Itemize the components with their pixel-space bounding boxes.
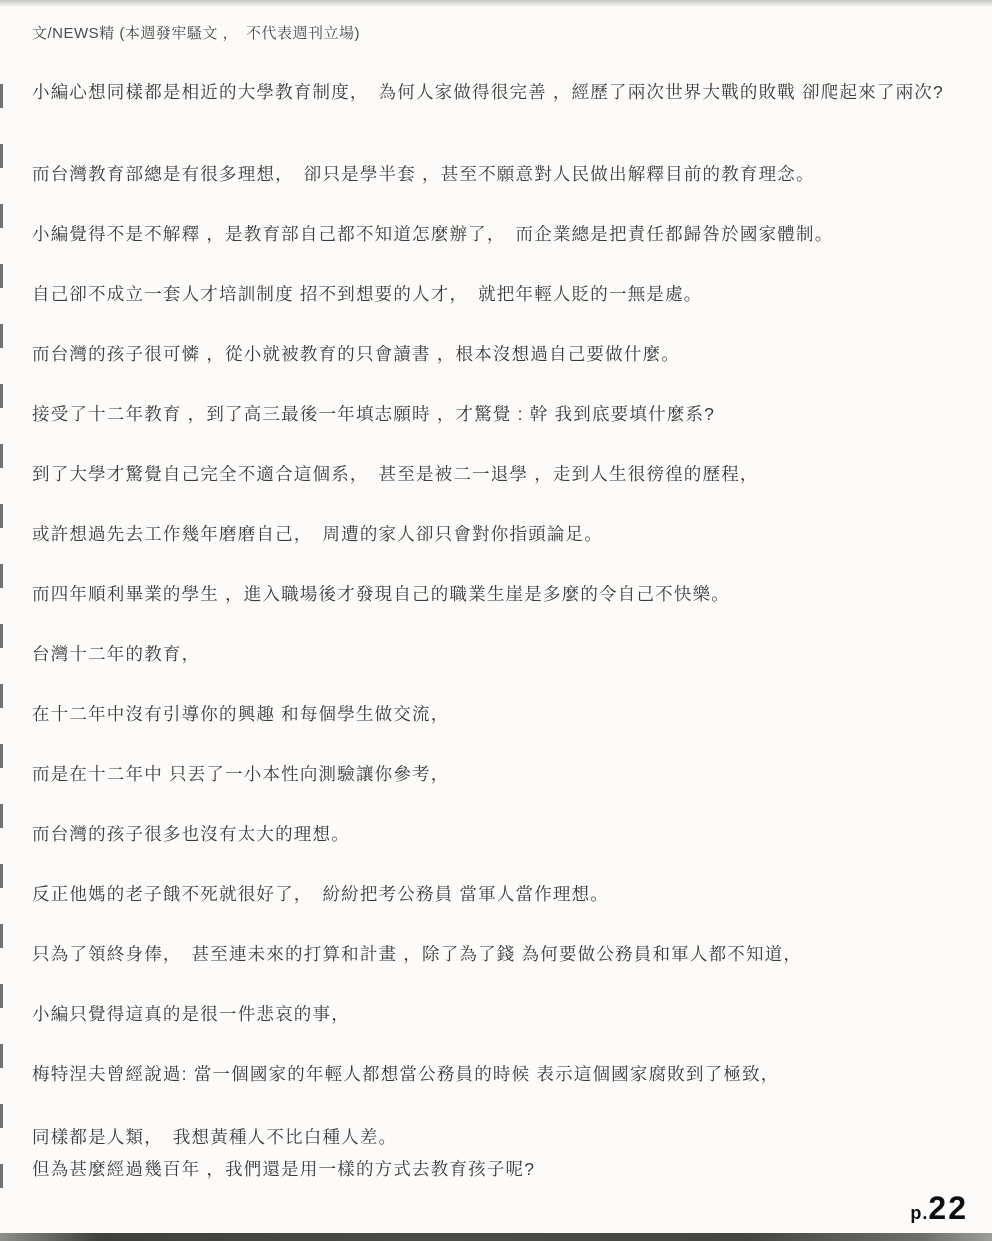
document-page: 文/NEWS精 (本週發牢騷文 ， 不代表週刊立場) 小編心想同樣都是相近的大學…	[0, 0, 992, 1241]
article-paragraph: 而四年順利畢業的學生 ，進入職場後才發現自己的職業生崖是多麼的令自己不快樂。	[32, 581, 964, 607]
page-number: p.22	[910, 1192, 968, 1224]
page-bottom-edge	[0, 1233, 992, 1241]
page-top-edge	[0, 0, 992, 6]
article-paragraph: 小編覺得不是不解釋 ，是教育部自己都不知道怎麼辦了， 而企業總是把責任都歸咎於國…	[32, 221, 964, 247]
article-paragraph: 小編心想同樣都是相近的大學教育制度， 為何人家做得很完善 ，經歷了兩次世界大戰的…	[32, 79, 964, 105]
article-paragraph: 而台灣的孩子很多也沒有太大的理想。	[32, 821, 964, 847]
page-number-value: 22	[928, 1192, 968, 1224]
scan-edge-artifact	[0, 84, 3, 1194]
article-paragraph: 梅特涅夫曾經說過: 當一個國家的年輕人都想當公務員的時候 表示這個國家腐敗到了極…	[32, 1061, 964, 1087]
article-paragraph: 小編只覺得這真的是很一件悲哀的事，	[32, 1001, 964, 1027]
article-paragraph: 到了大學才驚覺自己完全不適合這個系， 甚至是被二一退學 ，走到人生很徬徨的歷程，	[32, 461, 964, 487]
closing-line: 但為甚麼經過幾百年 ，我們還是用一樣的方式去教育孩子呢?	[32, 1153, 964, 1185]
article-content: 文/NEWS精 (本週發牢騷文 ， 不代表週刊立場) 小編心想同樣都是相近的大學…	[32, 22, 964, 1185]
article-paragraph: 而台灣教育部總是有很多理想， 卻只是學半套 ，甚至不願意對人民做出解釋目前的教育…	[32, 161, 964, 187]
closing-line: 同樣都是人類， 我想黃種人不比白種人差。	[32, 1121, 964, 1153]
article-paragraph: 或許想過先去工作幾年磨磨自己， 周遭的家人卻只會對你指頭論足。	[32, 521, 964, 547]
article-paragraph: 在十二年中沒有引導你的興趣 和每個學生做交流，	[32, 701, 964, 727]
article-paragraph: 而台灣的孩子很可憐 ，從小就被教育的只會讀書 ，根本沒想過自己要做什麼。	[32, 341, 964, 367]
page-number-prefix: p.	[910, 1204, 928, 1224]
byline: 文/NEWS精 (本週發牢騷文 ， 不代表週刊立場)	[32, 22, 964, 43]
article-paragraph: 台灣十二年的教育，	[32, 641, 964, 667]
article-paragraph: 自己卻不成立一套人才培訓制度 招不到想要的人才， 就把年輕人貶的一無是處。	[32, 281, 964, 307]
article-paragraph: 只為了領終身俸， 甚至連未來的打算和計畫 ，除了為了錢 為何要做公務員和軍人都不…	[32, 941, 964, 967]
article-paragraph: 接受了十二年教育 ，到了高三最後一年填志願時 ，才驚覺 : 幹 我到底要填什麼系…	[32, 401, 964, 427]
article-paragraph: 而是在十二年中 只丟了一小本性向測驗讓你參考，	[32, 761, 964, 787]
article-paragraph: 反正他媽的老子餓不死就很好了， 紛紛把考公務員 當軍人當作理想。	[32, 881, 964, 907]
